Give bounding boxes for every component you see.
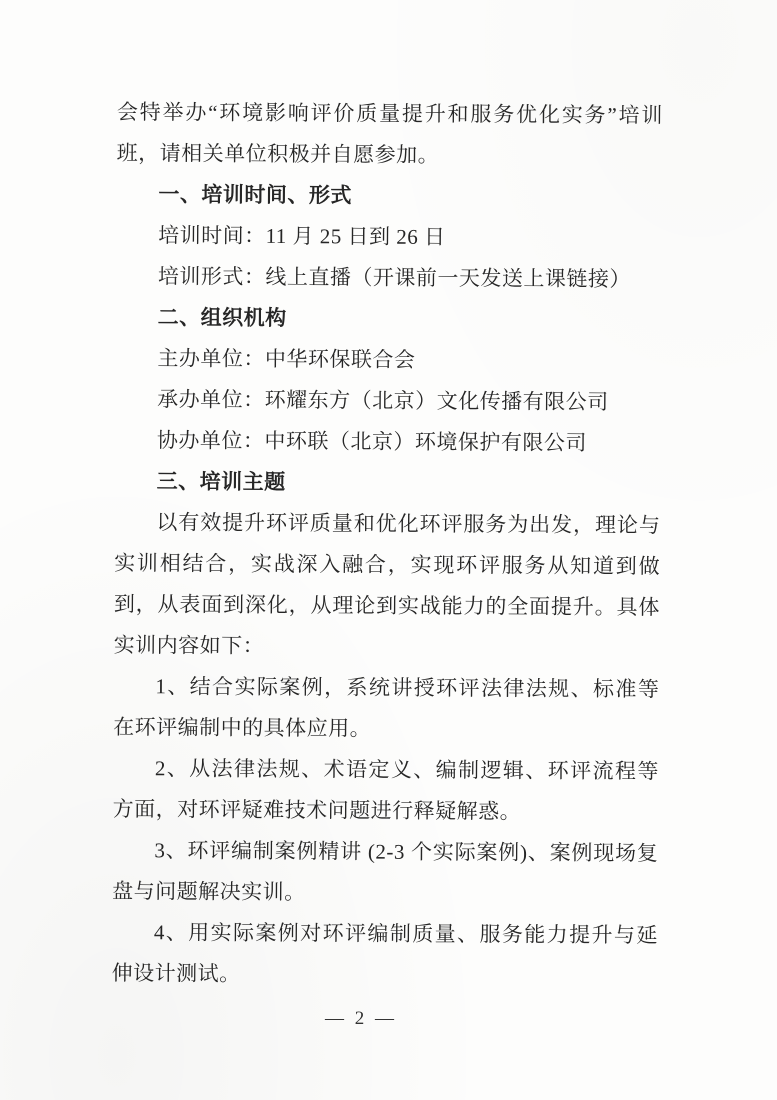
scanned-document-page: 会特举办“环境影响评价质量提升和服务优化实务”培训班，请相关单位积极并自愿参加。… <box>0 0 777 1100</box>
host-unit-line: 主办单位：中华环保联合会 <box>115 338 661 382</box>
document-content: 会特举办“环境影响评价质量提升和服务优化实务”培训班，请相关单位积极并自愿参加。… <box>111 92 662 997</box>
training-item-3: 3、环评编制案例精讲 (2-3 个实际案例)、案例现场复盘与问题解决实训。 <box>112 830 658 915</box>
training-item-2: 2、从法律法规、术语定义、编制逻辑、环评流程等方面，对环评疑难技术问题进行释疑解… <box>112 748 658 833</box>
intro-paragraph: 会特举办“环境影响评价质量提升和服务优化实务”培训班，请相关单位积极并自愿参加。 <box>116 92 662 177</box>
training-item-4: 4、用实际案例对环评编制质量、服务能力提升与延伸设计测试。 <box>111 912 657 997</box>
training-format-line: 培训形式：线上直播（开课前一天发送上课链接） <box>116 256 662 300</box>
training-item-1: 1、结合实际案例，系统讲授环评法律法规、标准等在环评编制中的具体应用。 <box>113 666 659 751</box>
section-1-heading: 一、培训时间、形式 <box>116 174 662 218</box>
theme-paragraph: 以有效提升环评质量和优化环评服务为出发，理论与实训相结合，实战深入融合，实现环评… <box>113 502 660 669</box>
co-organizer-unit-line: 协办单位：中环联（北京）环境保护有限公司 <box>115 420 661 464</box>
training-time-line: 培训时间：11 月 25 日到 26 日 <box>116 215 662 259</box>
page-number: — 2 — <box>0 1008 722 1030</box>
section-3-heading: 三、培训主题 <box>114 461 660 505</box>
section-2-heading: 二、组织机构 <box>115 297 661 341</box>
organizer-unit-line: 承办单位：环耀东方（北京）文化传播有限公司 <box>115 379 661 423</box>
